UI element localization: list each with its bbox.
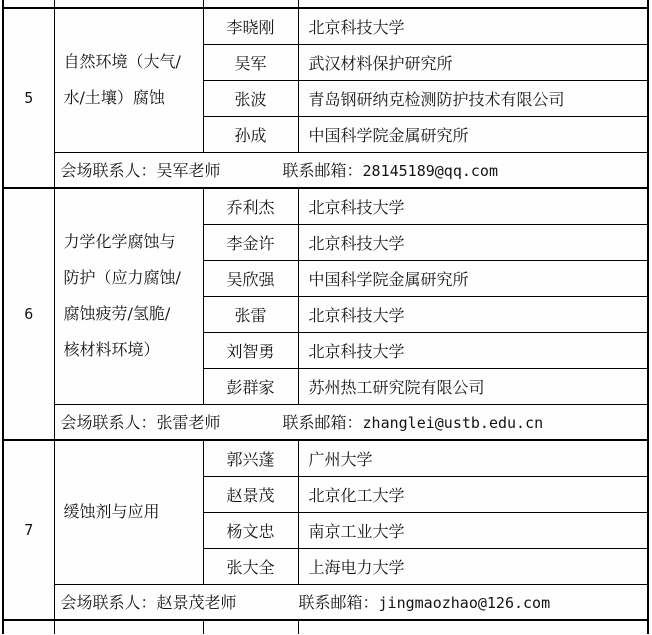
member-affiliation: 北京科技大学 (298, 296, 648, 332)
empty-cell (3, 620, 54, 634)
member-name: 刘智勇 (203, 332, 298, 368)
contact-cell: 会场联系人：赵景茂老师联系邮箱：jingmaozhao@126.com (54, 584, 648, 620)
session-number: 6 (3, 188, 54, 440)
member-name: 吴欣强 (203, 260, 298, 296)
member-name: 彭群家 (203, 368, 298, 404)
empty-cell (54, 0, 203, 8)
member-name: 杨文忠 (203, 512, 298, 548)
empty-cell (3, 0, 54, 8)
member-affiliation: 苏州热工研究院有限公司 (298, 368, 648, 404)
contact-cell: 会场联系人：张雷老师联系邮箱：zhanglei@ustb.edu.cn (54, 404, 648, 440)
member-affiliation: 北京化工大学 (298, 476, 648, 512)
contact-cell: 会场联系人：吴军老师联系邮箱：28145189@qq.com (54, 152, 648, 188)
member-affiliation: 中国科学院金属研究所 (298, 116, 648, 152)
session-topic: 力学化学腐蚀与 防护（应力腐蚀/ 腐蚀疲劳/氢脆/ 核材料环境） (54, 188, 203, 404)
empty-cell (203, 620, 298, 634)
member-affiliation: 北京科技大学 (298, 188, 648, 224)
empty-cell (298, 620, 648, 634)
member-name: 郭兴蓬 (203, 440, 298, 476)
partial-bottom-row (3, 620, 648, 634)
member-affiliation: 中国科学院金属研究所 (298, 260, 648, 296)
session-topic: 缓蚀剂与应用 (54, 440, 203, 584)
member-name: 吴军 (203, 44, 298, 80)
member-name: 李金许 (203, 224, 298, 260)
contact-row: 会场联系人：吴军老师联系邮箱：28145189@qq.com (3, 152, 648, 188)
contact-email-label: 联系邮箱： (299, 593, 379, 612)
contact-row: 会场联系人：张雷老师联系邮箱：zhanglei@ustb.edu.cn (3, 404, 648, 440)
member-affiliation: 武汉材料保护研究所 (298, 44, 648, 80)
contact-row: 会场联系人：赵景茂老师联系邮箱：jingmaozhao@126.com (3, 584, 648, 620)
member-name: 张大全 (203, 548, 298, 584)
member-affiliation: 上海电力大学 (298, 548, 648, 584)
session-number: 7 (3, 440, 54, 620)
contact-person: 会场联系人：吴军老师 (61, 161, 221, 180)
member-name: 张雷 (203, 296, 298, 332)
member-name: 孙成 (203, 116, 298, 152)
member-name: 李晓刚 (203, 8, 298, 44)
contact-email: jingmaozhao@126.com (379, 594, 551, 612)
table-row: 6 力学化学腐蚀与 防护（应力腐蚀/ 腐蚀疲劳/氢脆/ 核材料环境） 乔利杰 北… (3, 188, 648, 224)
contact-person: 会场联系人：张雷老师 (61, 413, 221, 432)
contact-email-label: 联系邮箱： (283, 161, 363, 180)
member-affiliation: 广州大学 (298, 440, 648, 476)
table-row: 5 自然环境（大气/ 水/土壤）腐蚀 李晓刚 北京科技大学 (3, 8, 648, 44)
empty-cell (203, 0, 298, 8)
session-topic: 自然环境（大气/ 水/土壤）腐蚀 (54, 8, 203, 152)
empty-cell (54, 620, 203, 634)
member-affiliation: 北京科技大学 (298, 332, 648, 368)
empty-cell (298, 0, 648, 8)
member-affiliation: 青岛钢研纳克检测防护技术有限公司 (298, 80, 648, 116)
contact-email-label: 联系邮箱： (283, 413, 363, 432)
member-name: 张波 (203, 80, 298, 116)
partial-top-row (3, 0, 648, 8)
contact-email: zhanglei@ustb.edu.cn (363, 414, 544, 432)
member-name: 赵景茂 (203, 476, 298, 512)
member-affiliation: 南京工业大学 (298, 512, 648, 548)
member-affiliation: 北京科技大学 (298, 8, 648, 44)
contact-person: 会场联系人：赵景茂老师 (61, 593, 237, 612)
contact-email: 28145189@qq.com (363, 162, 498, 180)
member-affiliation: 北京科技大学 (298, 224, 648, 260)
table-row: 7 缓蚀剂与应用 郭兴蓬 广州大学 (3, 440, 648, 476)
member-name: 乔利杰 (203, 188, 298, 224)
session-number: 5 (3, 8, 54, 188)
sessions-table: 5 自然环境（大气/ 水/土壤）腐蚀 李晓刚 北京科技大学 吴军 武汉材料保护研… (2, 0, 649, 634)
